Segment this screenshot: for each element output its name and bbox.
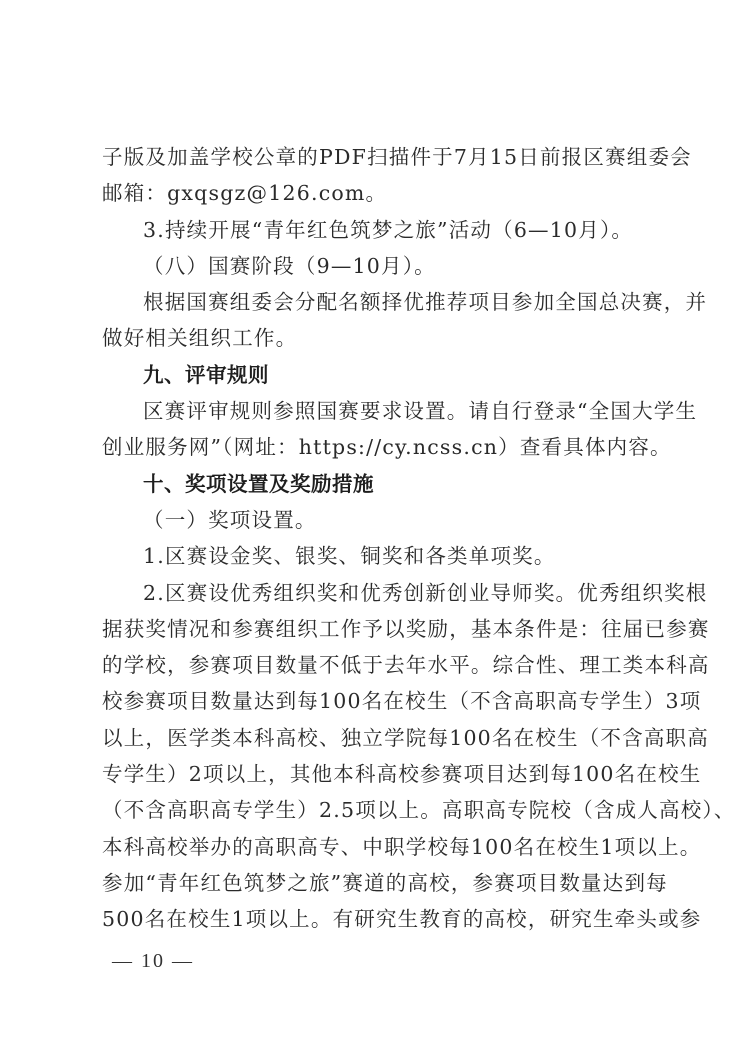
text-line: 做好相关组织工作。 (102, 320, 654, 356)
text-line: 专学生）2项以上，其他本科高校参赛项目达到每100名在校生 (102, 756, 654, 792)
text-line: 1.区赛设金奖、银奖、铜奖和各类单项奖。 (102, 538, 654, 574)
section-heading-awards: 十、奖项设置及奖励措施 (102, 466, 654, 502)
text-line: 区赛评审规则参照国赛要求设置。请自行登录“全国大学生 (102, 393, 654, 429)
text-line: 500名在校生1项以上。有研究生教育的高校，研究生牵头或参 (102, 901, 654, 937)
text-line: 据获奖情况和参赛组织工作予以奖励，基本条件是：往届已参赛 (102, 611, 654, 647)
document-page: 子版及加盖学校公章的PDF扫描件于7月15日前报区赛组委会 邮箱：gxqsgz@… (102, 139, 654, 938)
text-line: 的学校，参赛项目数量不低于去年水平。综合性、理工类本科高 (102, 647, 654, 683)
text-line: 参加“青年红色筑梦之旅”赛道的高校，参赛项目数量达到每 (102, 865, 654, 901)
text-line: 根据国赛组委会分配名额择优推荐项目参加全国总决赛，并 (102, 284, 654, 320)
section-subheading: （八）国赛阶段（9—10月）。 (102, 248, 654, 284)
section-subheading: （一）奖项设置。 (102, 502, 654, 538)
text-line: 2.区赛设优秀组织奖和优秀创新创业导师奖。优秀组织奖根 (102, 575, 654, 611)
text-line: 3.持续开展“青年红色筑梦之旅”活动（6—10月）。 (102, 212, 654, 248)
text-line: 以上，医学类本科高校、独立学院每100名在校生（不含高职高 (102, 720, 654, 756)
text-line: 校参赛项目数量达到每100名在校生（不含高职高专学生）3项 (102, 683, 654, 719)
text-line: （不含高职高专学生）2.5项以上。高职高专院校（含成人高校）、 (102, 792, 654, 828)
text-line: 子版及加盖学校公章的PDF扫描件于7月15日前报区赛组委会 (102, 139, 654, 175)
text-line: 邮箱：gxqsgz@126.com。 (102, 175, 654, 211)
text-line: 本科高校举办的高职高专、中职学校每100名在校生1项以上。 (102, 829, 654, 865)
text-line: 创业服务网”（网址：https://cy.ncss.cn）查看具体内容。 (102, 429, 654, 465)
page-number: — 10 — (112, 950, 194, 973)
section-heading-judging-rules: 九、评审规则 (102, 357, 654, 393)
